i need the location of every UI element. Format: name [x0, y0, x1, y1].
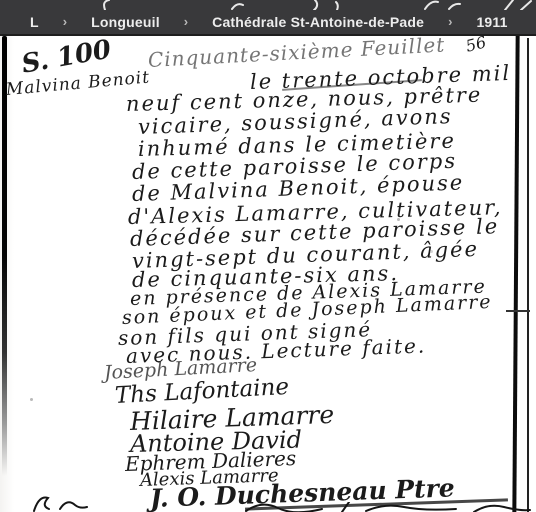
- chevron-right-icon: ›: [63, 14, 67, 29]
- breadcrumb: L › Longueuil › Cathédrale St-Antoine-de…: [0, 9, 536, 35]
- paper-speck: [397, 218, 400, 221]
- record-image[interactable]: 56 S. 100 Malvina Benoit Cinquante-sixiè…: [0, 36, 536, 512]
- breadcrumb-item-root[interactable]: L: [30, 14, 39, 30]
- page-edge-rule: [512, 36, 519, 512]
- paper-speck: [30, 398, 33, 401]
- page-edge-rule: [527, 38, 529, 512]
- book-binding-edge: [2, 36, 7, 476]
- paper-speck: [430, 250, 433, 253]
- margin-tick: [506, 310, 530, 312]
- page-number: 56: [464, 32, 488, 55]
- top-bar: L › Longueuil › Cathédrale St-Antoine-de…: [0, 0, 536, 36]
- record-viewer: L › Longueuil › Cathédrale St-Antoine-de…: [0, 0, 536, 512]
- chevron-right-icon: ›: [448, 14, 452, 29]
- breadcrumb-item-parish[interactable]: Cathédrale St-Antoine-de-Pade: [212, 14, 424, 30]
- breadcrumb-item-city[interactable]: Longueuil: [91, 14, 160, 30]
- clipped-handwriting-fragment: [238, 502, 536, 512]
- breadcrumb-item-year[interactable]: 1911: [476, 14, 507, 30]
- clipped-handwriting-fragment: [28, 492, 120, 512]
- chevron-right-icon: ›: [184, 14, 188, 29]
